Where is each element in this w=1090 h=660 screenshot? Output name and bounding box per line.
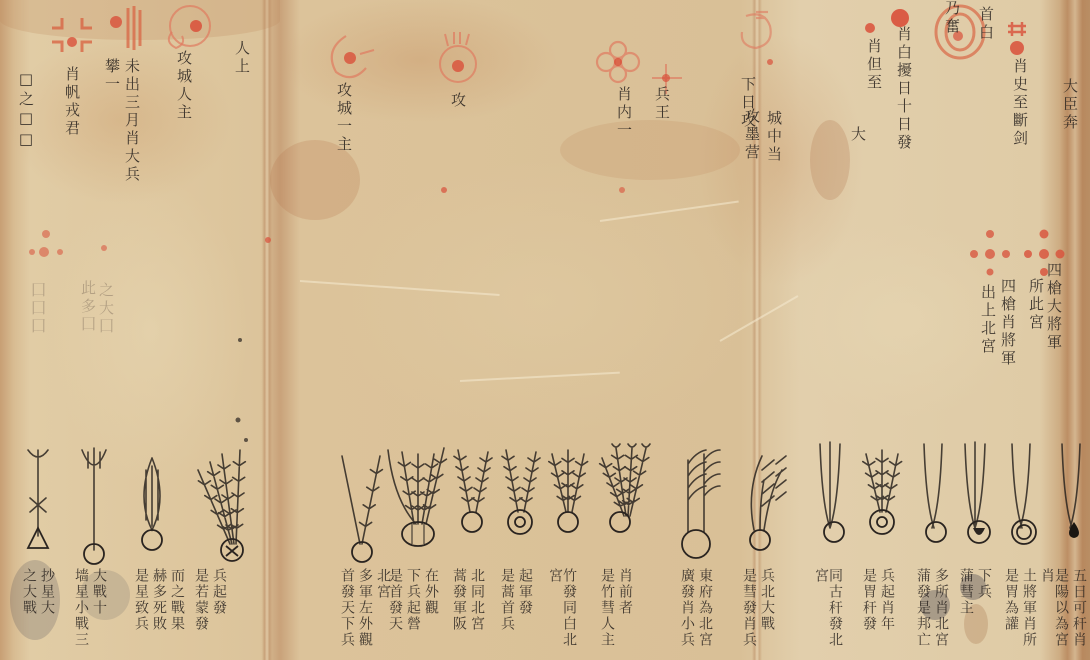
- ink-text-column: 攻城人主: [176, 50, 191, 122]
- ink-text-column: 肖帆戎君: [64, 66, 79, 138]
- comet-drawing: [1050, 440, 1090, 565]
- ink-text-column: 所此宮: [1028, 278, 1043, 332]
- comet-icon: [130, 440, 194, 560]
- comet-caption: 下兵: [977, 568, 991, 600]
- red-small-dot-glyph: [862, 20, 878, 36]
- red-swirl-glyph: [726, 6, 786, 66]
- ink-text-column: 出上北宮: [980, 284, 995, 356]
- water-stain: [810, 120, 850, 200]
- red-sprout-dot-glyph: [1002, 20, 1032, 60]
- comet-caption: 在外觀: [424, 568, 438, 616]
- red-dot: [264, 236, 272, 244]
- silk-manuscript: □之□□肖帆戎君攀一未出三月肖大兵攻城人主人上攻城一主攻肖内一兵王下日攻城中当攻…: [0, 0, 1090, 660]
- comet-icon: [676, 440, 740, 560]
- comet-icon: [190, 440, 254, 560]
- ink-text-column: 之大囗: [98, 282, 113, 336]
- comet-caption: 之大戰: [22, 568, 36, 616]
- comet-drawing: [130, 440, 194, 565]
- ink-text-column: 乃奮: [944, 0, 959, 36]
- ink-text-column: 肖白擾日十日發: [896, 26, 911, 152]
- comet-caption: 起軍發: [518, 568, 532, 616]
- red-dots-left: [20, 220, 130, 280]
- comet-caption: 大戰十: [92, 568, 106, 616]
- ink-text-column: 攻墨营: [744, 108, 759, 162]
- comet-caption: 是胃秆發: [862, 568, 876, 632]
- ink-text-column: 攻: [450, 92, 465, 110]
- comet-caption: 是竹彗人主: [600, 568, 614, 648]
- comet-caption: 是陽以為宮: [1054, 568, 1068, 648]
- red-hooked-sun-glyph: [320, 32, 380, 87]
- comet-caption: 首發天下兵: [340, 568, 354, 648]
- ink-specks: [230, 330, 260, 450]
- comet-caption: 蒿發軍阪: [452, 568, 466, 632]
- comet-caption: 竹發同白北宮: [548, 568, 576, 660]
- ink-text-column: 四槍大將軍: [1046, 262, 1061, 352]
- crack: [300, 280, 500, 296]
- crack: [600, 201, 739, 222]
- ink-text-column: 攻城一主: [336, 82, 351, 154]
- comet-caption: 多軍左外觀: [358, 568, 372, 648]
- comet-caption: 是蒿首兵: [500, 568, 514, 632]
- comet-caption: 廣發肖小兵: [680, 568, 694, 648]
- comet-drawing: [738, 440, 802, 565]
- comet-caption: 蒲彗主: [959, 568, 973, 616]
- ink-text-column: 大臣奔: [1062, 78, 1077, 132]
- ink-text-column: 大: [850, 126, 865, 144]
- ink-text-column: 肖但至: [866, 38, 881, 92]
- water-stain: [560, 120, 740, 180]
- red-dot: [618, 186, 626, 194]
- comet-caption: 多所肖北宮: [934, 568, 948, 648]
- red-dot-cross-left: [966, 224, 1016, 284]
- red-spiral-sun-glyph: [158, 2, 218, 57]
- comet-caption: 兵起肖年: [880, 568, 894, 632]
- comet-drawing: [676, 440, 740, 565]
- comet-caption: 肖前者: [618, 568, 632, 616]
- ink-text-column: 未出三月肖大兵: [124, 58, 139, 184]
- ink-text-column: 肖史至斷剑: [1012, 58, 1027, 148]
- comet-caption: 肖: [1040, 568, 1054, 584]
- comet-caption: 土將軍肖所: [1022, 568, 1036, 648]
- red-cross-dots-glyph: [46, 12, 106, 57]
- red-rayed-sun-glyph: [428, 30, 488, 90]
- comet-icon: [384, 440, 448, 560]
- comet-caption: 是首發天: [388, 568, 402, 632]
- ink-text-column: 城中当: [766, 110, 781, 164]
- comet-caption: 抄星大: [40, 568, 54, 616]
- comet-caption: 同古秆發北宮: [814, 568, 842, 660]
- ink-text-column: 此多囗: [80, 280, 95, 334]
- comet-drawing: [384, 440, 448, 565]
- comet-caption: 是胃為讙: [1004, 568, 1018, 632]
- comet-icon: [738, 440, 802, 560]
- comet-caption: 是若蒙發: [194, 568, 208, 632]
- comet-caption: 五日可秆肖: [1072, 568, 1086, 648]
- ink-text-column: 人上: [234, 40, 249, 76]
- ink-text-column: □之□□: [18, 70, 33, 151]
- comet-icon: [70, 440, 134, 560]
- comet-caption: 兵北大戰: [760, 568, 774, 632]
- comet-caption: 東府為北宮: [698, 568, 712, 648]
- fold-seam-left: [262, 0, 272, 660]
- ink-text-column: 兵王: [654, 86, 669, 122]
- crack: [460, 372, 620, 382]
- ink-text-column: 四槍肖將軍: [1000, 278, 1015, 368]
- red-dot: [440, 186, 448, 194]
- ink-text-column: 囗囗囗: [30, 282, 45, 336]
- comet-drawing: [190, 440, 254, 565]
- comet-caption: 是彗發肖兵: [742, 568, 756, 648]
- red-clover-glyph: [592, 40, 644, 88]
- comet-drawing: [596, 440, 660, 565]
- comet-icon: [1050, 440, 1090, 560]
- red-bars-glyph: [106, 4, 146, 54]
- comet-caption: 是星致兵: [134, 568, 148, 632]
- comet-caption: 墙星小戰三: [74, 568, 88, 648]
- comet-caption: 赫多死敗: [152, 568, 166, 632]
- ink-text-column: 肖内一: [616, 86, 631, 140]
- ink-text-column: 首白: [978, 6, 993, 42]
- comet-drawing: [70, 440, 134, 565]
- comet-caption: 蒲發是邦亡: [916, 568, 930, 648]
- comet-caption: 下兵起營: [406, 568, 420, 632]
- comet-caption: 北同北宮: [470, 568, 484, 632]
- comet-icon: [596, 440, 660, 560]
- ink-text-column: 攀一: [104, 58, 119, 94]
- comet-caption: 而之戰果: [170, 568, 184, 632]
- comet-caption: 兵起發: [212, 568, 226, 616]
